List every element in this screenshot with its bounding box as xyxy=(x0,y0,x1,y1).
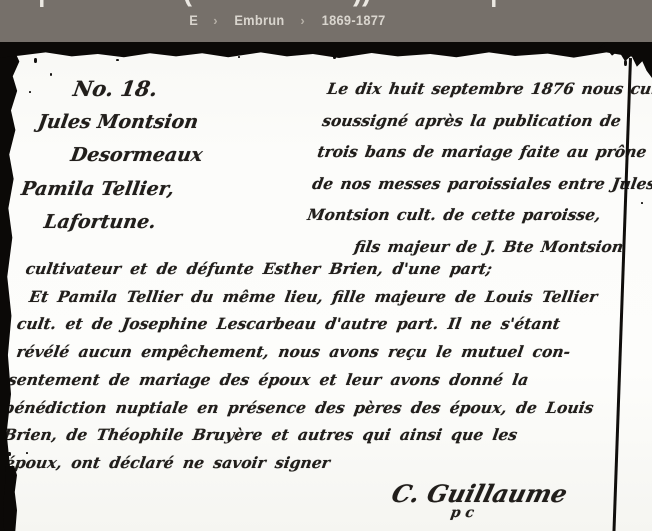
signature-note: p c xyxy=(449,505,475,521)
clipped-title-fragment: ( xyxy=(183,0,192,6)
ink-speck xyxy=(29,91,31,93)
ink-speck xyxy=(238,56,240,58)
body-line: époux, ont déclaré ne savoir signer xyxy=(3,449,587,477)
priest-signature: C. Guillaume xyxy=(389,479,571,508)
body-line: trois bans de mariage faite au prône xyxy=(315,136,652,168)
body-line: Brien, de Théophile Bruyère et autres qu… xyxy=(1,421,591,449)
body-line: de nos messes paroissiales entre Jules xyxy=(310,168,652,200)
chevron-right-icon: › xyxy=(300,13,304,28)
body-line: sentement de mariage des époux et leur a… xyxy=(6,366,600,394)
body-line: soussigné après la publication de xyxy=(320,105,652,137)
ink-speck xyxy=(34,58,37,63)
chevron-right-icon: › xyxy=(213,13,217,28)
margin-record-number: No. 18. xyxy=(71,72,216,106)
breadcrumb-item-years[interactable]: 1869-1877 xyxy=(321,13,385,28)
ink-speck xyxy=(641,202,643,204)
ink-speck xyxy=(8,452,11,456)
clipped-title: | ( )) | xyxy=(0,0,652,8)
clipped-title-fragment: | xyxy=(38,0,46,6)
breadcrumb-item-place[interactable]: Embrun xyxy=(234,13,284,28)
margin-name-line: Pamila Tellier, xyxy=(19,173,200,207)
margin-name-line: Lafortune. xyxy=(41,206,194,240)
margin-name-line: Desormeaux xyxy=(68,139,205,173)
ink-speck xyxy=(26,452,28,454)
body-line: bénédiction nuptiale en présence des pèr… xyxy=(2,394,596,422)
breadcrumb: E › Embrun › 1869-1877 xyxy=(0,9,576,31)
body-line: Le dix huit septembre 1876 nous curé xyxy=(325,73,652,105)
breadcrumb-item-letter[interactable]: E xyxy=(189,13,198,28)
record-body-full: cultivateur et de défunte Esther Brien, … xyxy=(0,255,618,477)
body-line: Montsion cult. de cette paroisse, xyxy=(305,199,652,231)
margin-name-line: Jules Montsion xyxy=(35,106,210,140)
record-body-column: Le dix huit septembre 1876 nous curé sou… xyxy=(300,73,652,262)
body-line: révélé aucun empêchement, nous avons reç… xyxy=(14,338,604,366)
ink-speck xyxy=(50,73,52,76)
torn-edge-top-icon xyxy=(0,42,652,62)
ink-speck xyxy=(624,60,627,66)
body-line: cult. et de Josephine Lescarbeau d'autre… xyxy=(15,310,609,338)
header-bar: | ( )) | E › Embrun › 1869-1877 xyxy=(0,0,652,42)
body-line: cultivateur et de défunte Esther Brien, … xyxy=(24,255,618,283)
record-margin: No. 18. Jules Montsion Desormeaux Pamila… xyxy=(19,72,215,240)
clipped-title-fragment: | xyxy=(490,0,498,6)
body-line: Et Pamila Tellier du même lieu, fille ma… xyxy=(27,283,613,311)
clipped-title-fragment: )) xyxy=(353,0,371,6)
ink-speck xyxy=(116,59,119,61)
record-viewer: | ( )) | E › Embrun › 1869-1877 No xyxy=(0,0,652,531)
